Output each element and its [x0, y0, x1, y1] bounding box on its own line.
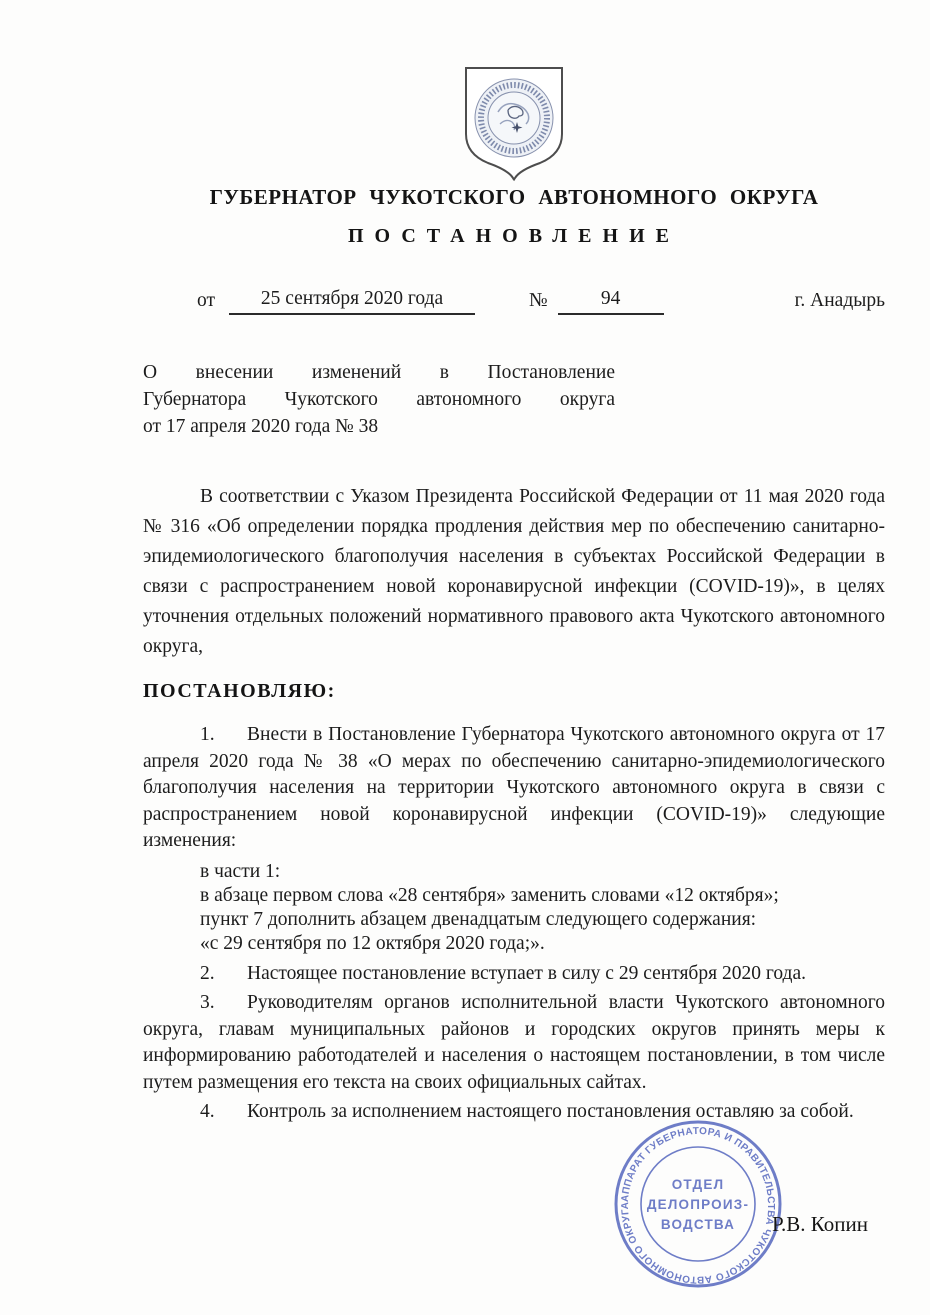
city-label: г. Анадырь: [795, 290, 885, 315]
item-2-number: 2.: [200, 961, 247, 988]
stamp-center-line: ОТДЕЛ: [672, 1176, 725, 1193]
preamble-paragraph: В соответствии с Указом Президента Росси…: [143, 482, 885, 662]
item-1-text: Внести в Постановление Губернатора Чукот…: [143, 724, 885, 851]
subject-line: Губернатора Чукотского автономного округ…: [143, 386, 615, 413]
number-sign: №: [529, 290, 548, 315]
item-3-number: 3.: [200, 990, 247, 1017]
stamp-center-text: ОТДЕЛ ДЕЛОПРОИЗ- ВОДСТВА: [612, 1118, 784, 1290]
item-4-number: 4.: [200, 1099, 247, 1126]
item-3: 3.Руководителям органов исполнительной в…: [143, 990, 885, 1096]
date-from-label: от: [197, 290, 215, 315]
document-body: ГУБЕРНАТОР ЧУКОТСКОГО АВТОНОМНОГО ОКРУГА…: [143, 0, 885, 1126]
stamp-center-line: ДЕЛОПРОИЗ-: [647, 1196, 749, 1213]
office-seal-stamp: АППАРАТ ГУБЕРНАТОРА И ПРАВИТЕЛЬСТВА ЧУКО…: [612, 1118, 784, 1290]
resolve-heading: ПОСТАНОВЛЯЮ:: [143, 676, 885, 706]
item-2: 2.Настоящее постановление вступает в сил…: [143, 961, 885, 988]
amendment-line: в части 1:: [143, 860, 885, 884]
amendment-line: пункт 7 дополнить абзацем двенадцатым сл…: [143, 908, 885, 932]
item-2-text: Настоящее постановление вступает в силу …: [247, 963, 806, 984]
amendment-line: в абзаце первом слова «28 сентября» заме…: [143, 884, 885, 908]
coat-of-arms-icon: [460, 64, 568, 182]
item-1-number: 1.: [200, 722, 247, 749]
stamp-center-line: ВОДСТВА: [661, 1216, 735, 1233]
item-3-text: Руководителям органов исполнительной вла…: [143, 992, 885, 1093]
subject-line: от 17 апреля 2020 года № 38: [143, 413, 615, 440]
document-number: 94: [558, 288, 664, 315]
decree-page: ГУБЕРНАТОР ЧУКОТСКОГО АВТОНОМНОГО ОКРУГА…: [0, 0, 930, 1315]
dateline: от 25 сентября 2020 года № 94 г. Анадырь: [143, 288, 885, 315]
document-type-title: ПОСТАНОВЛЕНИЕ: [143, 225, 885, 248]
date-value: 25 сентября 2020 года: [229, 288, 475, 315]
signature-name: Р.В. Копин: [772, 1212, 868, 1237]
authority-title: ГУБЕРНАТОР ЧУКОТСКОГО АВТОНОМНОГО ОКРУГА: [143, 185, 885, 210]
amendment-lines: в части 1: в абзаце первом слова «28 сен…: [143, 860, 885, 956]
subject-line: О внесении изменений в Постановление: [143, 359, 615, 386]
subject-block: О внесении изменений в Постановление Губ…: [143, 359, 615, 440]
amendment-line: «с 29 сентября по 12 октября 2020 года;»…: [143, 932, 885, 956]
item-1: 1.Внести в Постановление Губернатора Чук…: [143, 722, 885, 855]
